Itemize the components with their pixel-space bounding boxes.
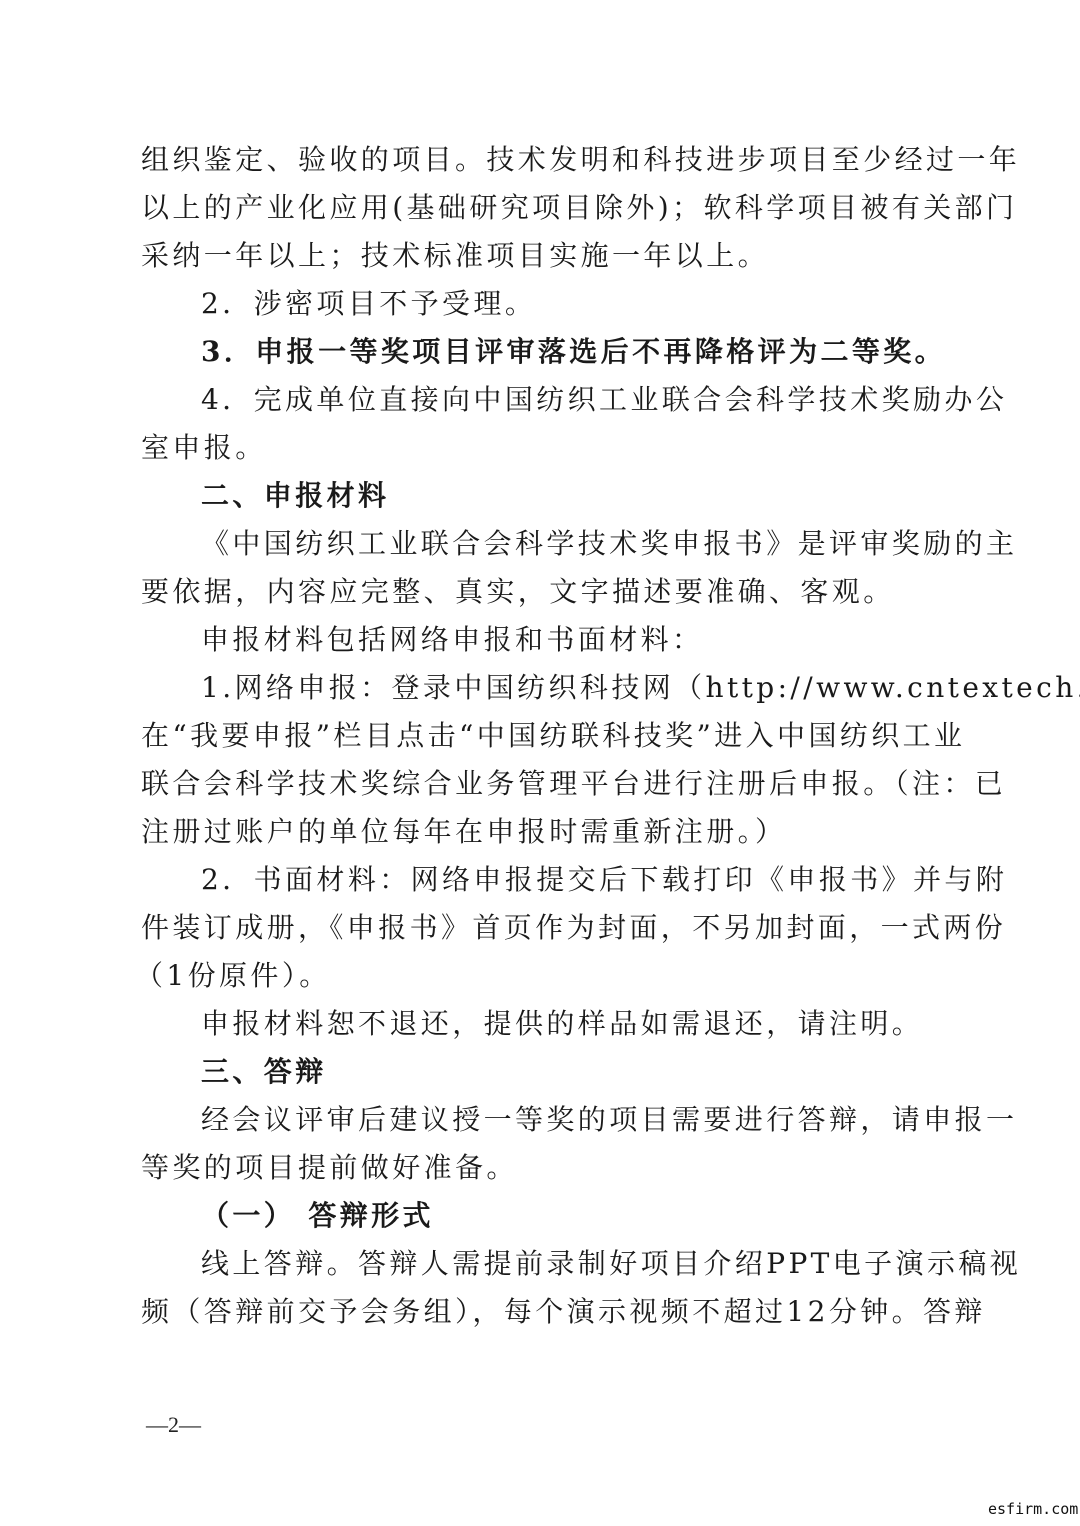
text-line: 《中国纺织工业联合会科学技术奖申报书》是评审奖励的主 xyxy=(201,520,1017,568)
text-line: 要依据，内容应完整、真实，文字描述要准确、客观。 xyxy=(141,568,895,616)
text-line: 申报材料恕不退还，提供的样品如需退还，请注明。 xyxy=(201,1000,923,1048)
page-number: —2— xyxy=(146,1412,201,1438)
text-line: 件装订成册，《申报书》首页作为封面，不另加封面，一式两份 xyxy=(141,904,1006,952)
text-line: 频（答辩前交予会务组），每个演示视频不超过12分钟。答辩 xyxy=(141,1288,986,1336)
text-line: 组织鉴定、验收的项目。技术发明和科技进步项目至少经过一年 xyxy=(141,136,1020,184)
text-line: 1.网络申报：登录中国纺织科技网（http://www.cntextech.or… xyxy=(201,664,1080,712)
text-line: 4．完成单位直接向中国纺织工业联合会科学技术奖励办公 xyxy=(201,376,1007,424)
text-line: 联合会科学技术奖综合业务管理平台进行注册后申报。（注：已 xyxy=(141,760,1006,808)
text-line: 注册过账户的单位每年在申报时需重新注册。） xyxy=(141,808,786,856)
watermark: esfirm.com xyxy=(988,1500,1078,1518)
text-line: 室申报。 xyxy=(141,424,267,472)
text-line: 以上的产业化应用(基础研究项目除外)；软科学项目被有关部门 xyxy=(141,184,1017,232)
text-line: 采纳一年以上；技术标准项目实施一年以上。 xyxy=(141,232,769,280)
text-line: 等奖的项目提前做好准备。 xyxy=(141,1144,518,1192)
text-line: 在“我要申报”栏目点击“中国纺联科技奖”进入中国纺织工业 xyxy=(141,712,965,760)
section-heading-line: （一） 答辩形式 xyxy=(201,1192,434,1240)
text-line: 2．书面材料：网络申报提交后下载打印《申报书》并与附 xyxy=(201,856,1007,904)
text-line: 经会议评审后建议授一等奖的项目需要进行答辩，请申报一 xyxy=(201,1096,1017,1144)
section-heading-line: 3．申报一等奖项目评审落选后不再降格评为二等奖。 xyxy=(201,328,946,376)
text-line: 2．涉密项目不予受理。 xyxy=(201,280,536,328)
section-heading-line: 三、答辩 xyxy=(201,1048,327,1096)
text-line: 线上答辩。答辩人需提前录制好项目介绍PPT电子演示稿视 xyxy=(201,1240,1021,1288)
section-heading-line: 二、申报材料 xyxy=(201,472,389,520)
text-line: 申报材料包括网络申报和书面材料： xyxy=(201,616,703,664)
text-line: （1份原件）。 xyxy=(135,952,331,1000)
